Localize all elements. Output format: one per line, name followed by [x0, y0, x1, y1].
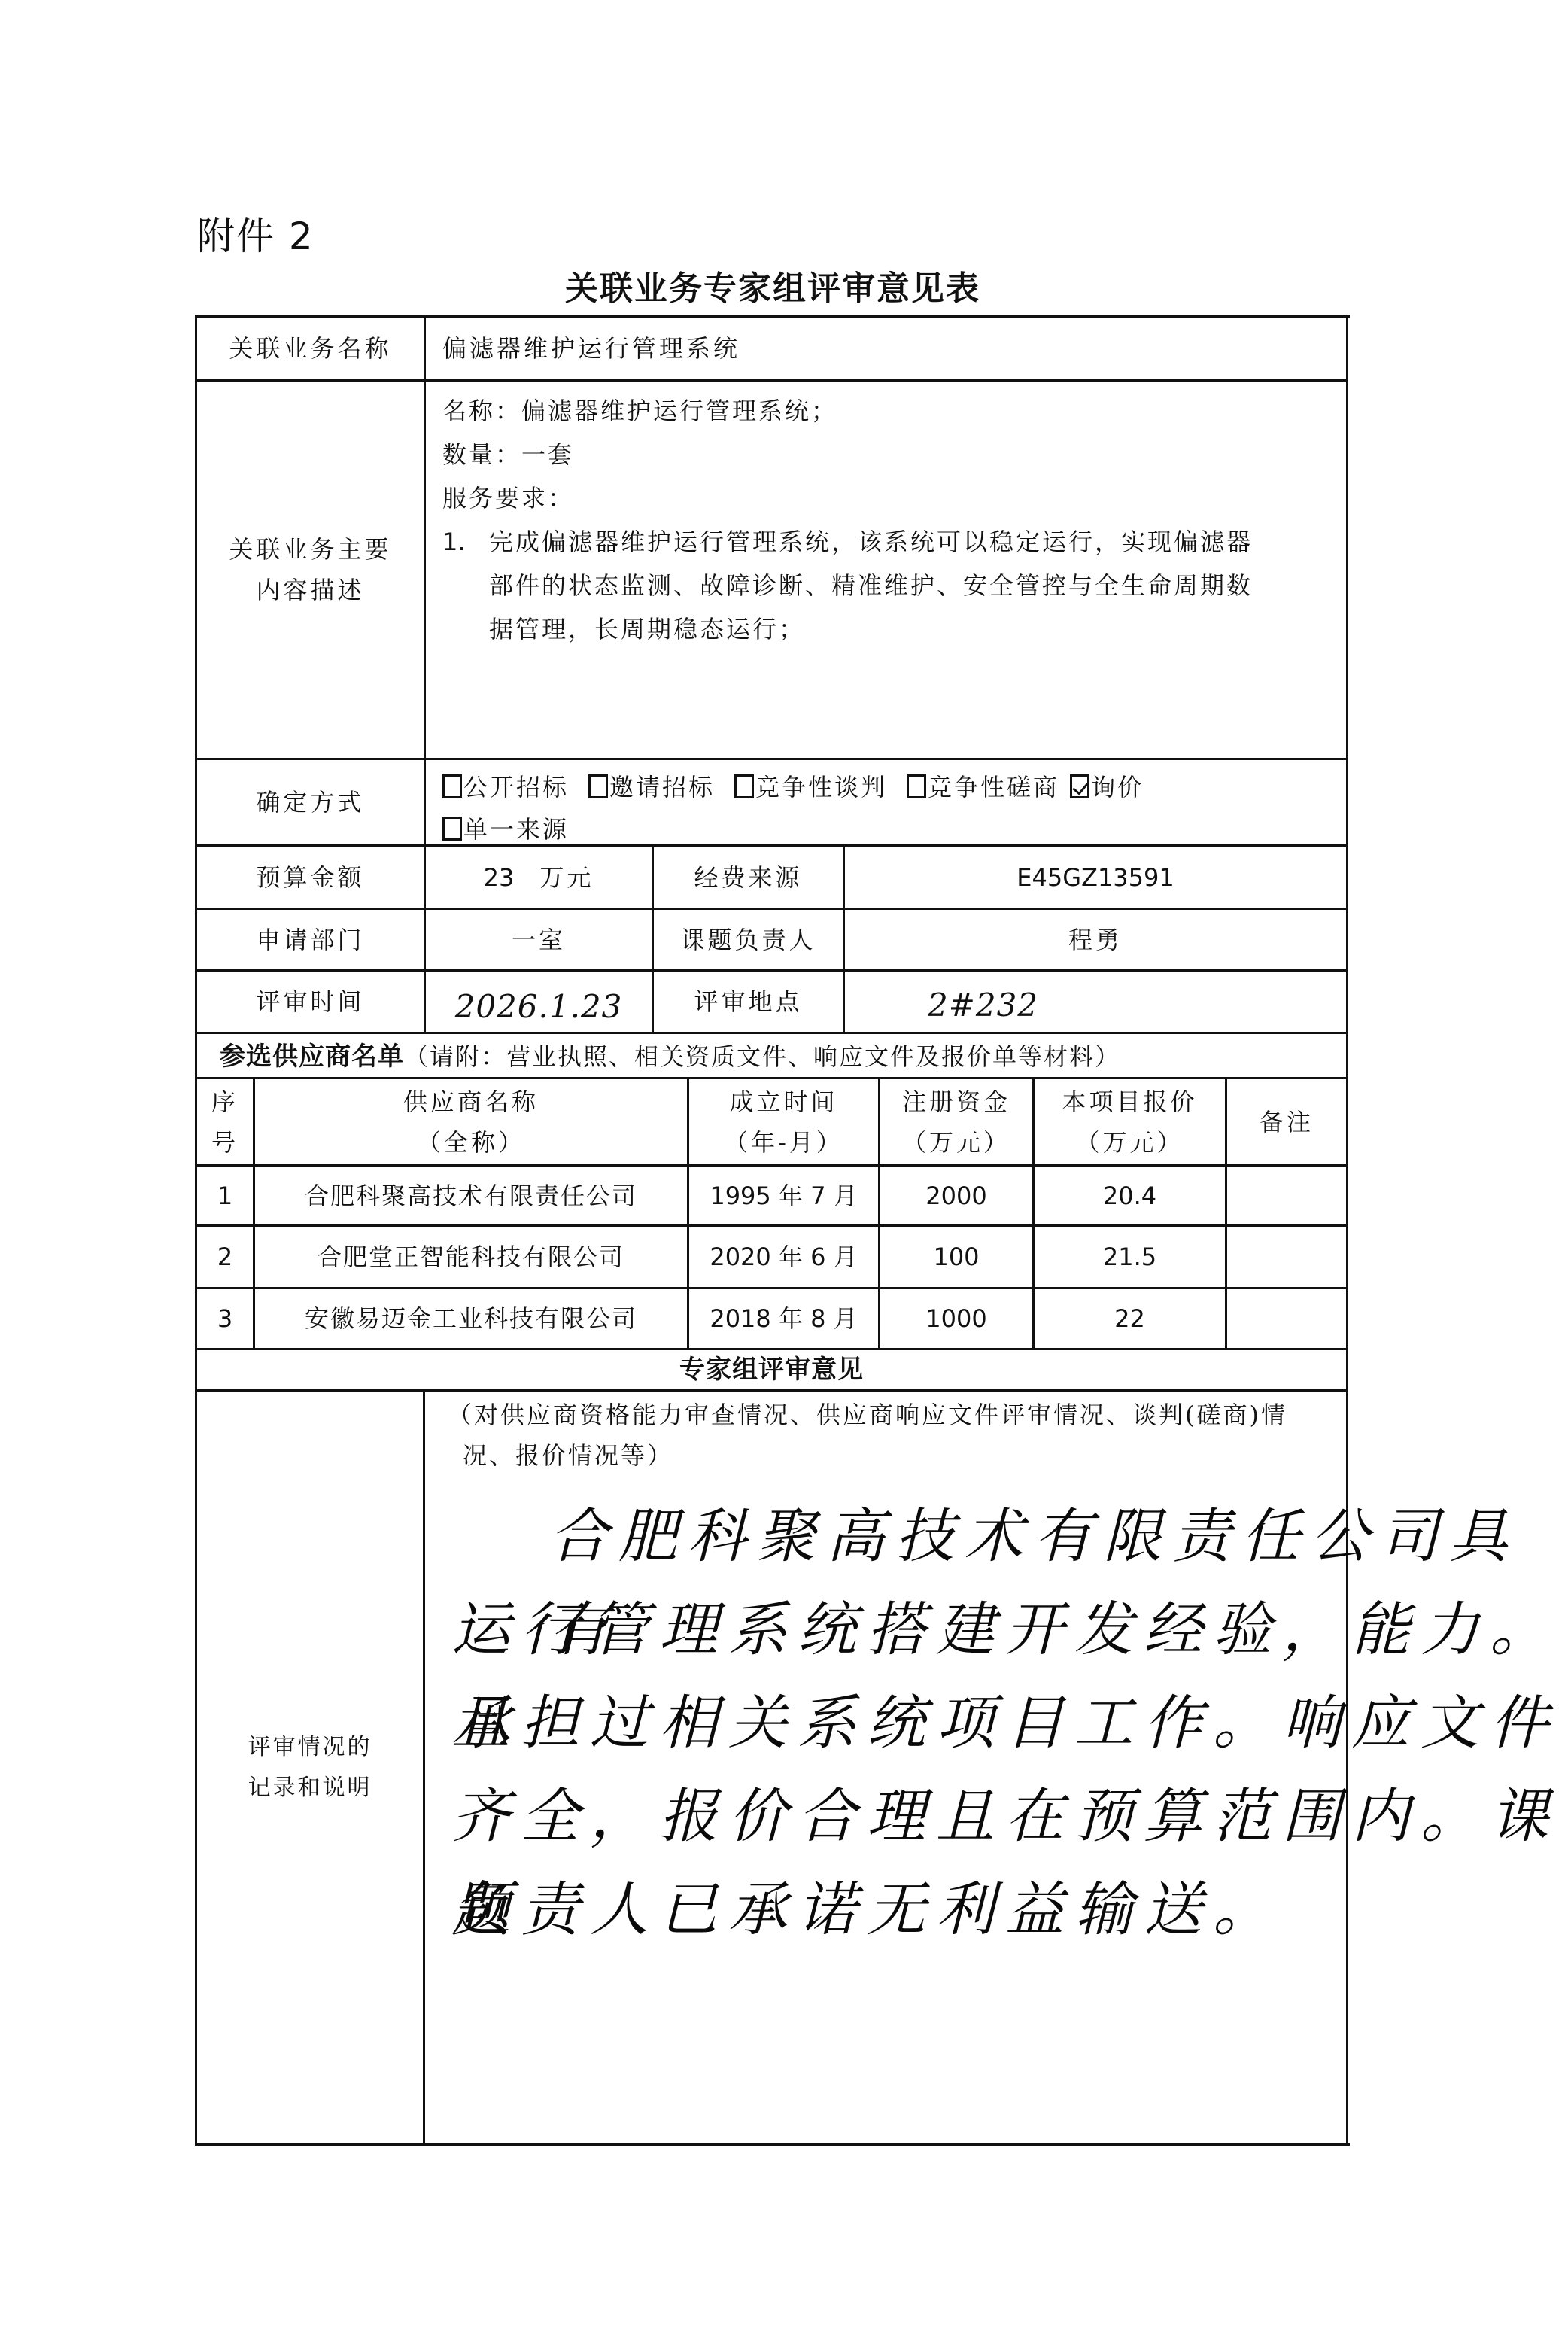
business-name-value: 偏滤器维护运行管理系统 — [426, 318, 1346, 379]
item-number: 1. — [442, 520, 489, 651]
service-requirement-item: 1. 完成偏滤器维护运行管理系统，该系统可以稳定运行，实现偏滤器 部件的状态监测… — [442, 520, 1329, 651]
review-place-value: 2#232 — [845, 972, 1346, 1032]
description-line: 服务要求： — [442, 476, 1329, 520]
col-header-remark: 备注 — [1227, 1079, 1346, 1164]
method-option-public-tender[interactable]: 公开招标 — [442, 766, 569, 808]
checkbox-empty-icon[interactable] — [907, 774, 926, 798]
description-label-line2: 内容描述 — [256, 570, 364, 610]
review-time-label: 评审时间 — [197, 972, 424, 1032]
col-header-registered-capital: 注册资金 （万元） — [880, 1079, 1032, 1164]
established-date: 1995 年 7 月 — [689, 1167, 878, 1224]
description-content: 名称：偏滤器维护运行管理系统； 数量：一套 服务要求： 1. 完成偏滤器维护运行… — [426, 382, 1346, 758]
col-header-established: 成立时间 （年-月） — [689, 1079, 878, 1164]
project-leader-label: 课题负责人 — [654, 910, 843, 969]
checkbox-empty-icon[interactable] — [734, 774, 754, 798]
table-border-bottom — [195, 2143, 1350, 2146]
item-text: 完成偏滤器维护运行管理系统，该系统可以稳定运行，实现偏滤器 部件的状态监测、故障… — [489, 520, 1253, 651]
remark — [1227, 1167, 1346, 1224]
registered-capital: 1000 — [880, 1289, 1032, 1348]
attachment-label: 附件 2 — [197, 214, 315, 259]
project-leader-value: 程勇 — [845, 910, 1346, 969]
method-option-invited-tender[interactable]: 邀请招标 — [588, 766, 715, 808]
supplier-name: 合肥堂正智能科技有限公司 — [255, 1227, 687, 1287]
method-option-inquiry[interactable]: 询价 — [1070, 766, 1144, 808]
remark — [1227, 1289, 1346, 1348]
review-place-label: 评审地点 — [654, 972, 843, 1032]
item-line: 完成偏滤器维护运行管理系统，该系统可以稳定运行，实现偏滤器 — [489, 520, 1253, 564]
business-name-label: 关联业务名称 — [197, 318, 424, 379]
supplier-name: 合肥科聚高技术有限责任公司 — [255, 1167, 687, 1224]
review-time-value: 2026.1.23 — [426, 972, 652, 1032]
method-options: 公开招标邀请招标竞争性谈判竞争性磋商询价 单一来源 — [426, 760, 1346, 844]
registered-capital: 2000 — [880, 1167, 1032, 1224]
checkbox-empty-icon[interactable] — [442, 817, 462, 841]
established-date: 2018 年 8 月 — [689, 1289, 878, 1348]
fund-source-label: 经费来源 — [654, 847, 843, 908]
description-line: 名称：偏滤器维护运行管理系统； — [442, 389, 1329, 433]
record-label: 评审情况的 记录和说明 — [197, 1392, 423, 2143]
handwritten-line: 负责人已承诺无利益输送。 — [451, 1863, 1282, 1957]
remark — [1227, 1227, 1346, 1287]
item-line: 据管理，长周期稳态运行； — [489, 607, 1253, 651]
method-option-competitive-negotiation[interactable]: 竞争性谈判 — [734, 766, 887, 808]
method-option-single-source[interactable]: 单一来源 — [442, 808, 569, 850]
supplier-list-note: （请附：营业执照、相关资质文件、响应文件及报价单等材料） — [404, 1042, 1120, 1071]
method-label: 确定方式 — [197, 760, 424, 844]
checkbox-empty-icon[interactable] — [588, 774, 608, 798]
fund-source-value: E45GZ13591 — [845, 847, 1346, 908]
expert-opinion-heading: 专家组评审意见 — [197, 1350, 1346, 1389]
checkbox-empty-icon[interactable] — [442, 774, 462, 798]
budget-label: 预算金额 — [197, 847, 424, 908]
col-divider — [423, 1389, 425, 2145]
quote: 20.4 — [1035, 1167, 1225, 1224]
handwritten-line: 承担过相关系统项目工作。响应文件 — [451, 1677, 1559, 1770]
col-header-no: 序 号 — [197, 1079, 253, 1164]
budget-unit: 万元 — [539, 856, 594, 899]
supplier-name: 安徽易迈金工业科技有限公司 — [255, 1289, 687, 1348]
supplier-list-title: 参选供应商名单 — [220, 1042, 404, 1072]
method-option-competitive-consultation[interactable]: 竞争性磋商 — [907, 766, 1059, 808]
quote: 22 — [1035, 1289, 1225, 1348]
department-value: 一室 — [426, 910, 652, 969]
row-no: 2 — [197, 1227, 253, 1287]
col-header-quote: 本项目报价 （万元） — [1035, 1079, 1225, 1164]
record-instructions: （对供应商资格能力审查情况、供应商响应文件评审情况、谈判(磋商)情况、报价情况等… — [425, 1392, 1346, 1482]
registered-capital: 100 — [880, 1227, 1032, 1287]
col-header-supplier-name: 供应商名称 （全称） — [255, 1079, 687, 1164]
item-line: 部件的状态监测、故障诊断、精准维护、安全管控与全生命周期数 — [489, 564, 1253, 607]
quote: 21.5 — [1035, 1227, 1225, 1287]
established-date: 2020 年 6 月 — [689, 1227, 878, 1287]
description-line: 数量：一套 — [442, 433, 1329, 476]
checkbox-checked-icon[interactable] — [1070, 774, 1089, 798]
supplier-list-heading: 参选供应商名单（请附：营业执照、相关资质文件、响应文件及报价单等材料） — [197, 1034, 1346, 1077]
row-no: 1 — [197, 1167, 253, 1224]
budget-amount: 23 — [484, 856, 515, 899]
row-no: 3 — [197, 1289, 253, 1348]
department-label: 申请部门 — [197, 910, 424, 969]
description-label: 关联业务主要 内容描述 — [197, 382, 424, 758]
form-title: 关联业务专家组评审意见表 — [198, 268, 1348, 310]
description-label-line1: 关联业务主要 — [229, 529, 391, 570]
budget-value: 23 万元 — [426, 847, 652, 908]
